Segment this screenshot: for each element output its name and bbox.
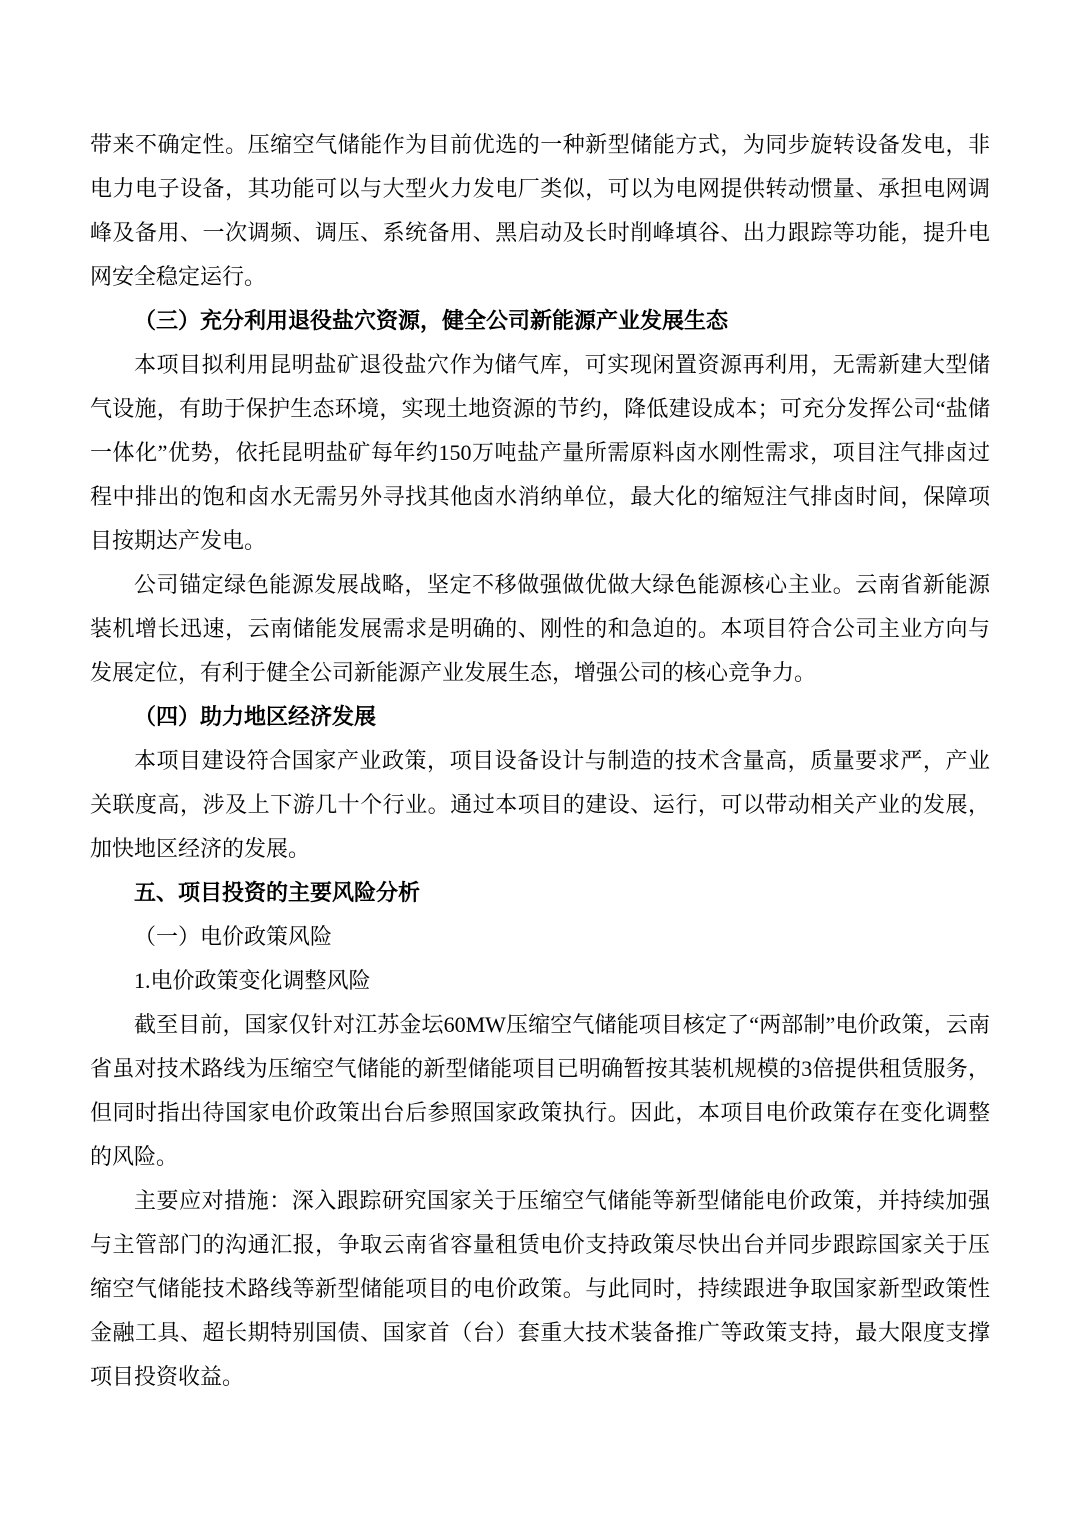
heading-regional-economy: （四）助力地区经济发展 <box>90 695 990 739</box>
paragraph-price-policy-status: 截至目前，国家仅针对江苏金坛60MW压缩空气储能项目核定了“两部制”电价政策，云… <box>90 1003 990 1179</box>
paragraph-grid-functions-continuation: 带来不确定性。压缩空气储能作为目前优选的一种新型储能方式，为同步旋转设备发电，非… <box>90 123 990 299</box>
document-page: 带来不确定性。压缩空气储能作为目前优选的一种新型储能方式，为同步旋转设备发电，非… <box>0 0 1080 1528</box>
subheading-electricity-price-policy-risk: （一）电价政策风险 <box>90 915 990 959</box>
heading-salt-cavern-resources: （三）充分利用退役盐穴资源，健全公司新能源产业发展生态 <box>90 299 990 343</box>
paragraph-countermeasures: 主要应对措施：深入跟踪研究国家关于压缩空气储能等新型储能电价政策，并持续加强与主… <box>90 1179 990 1399</box>
heading-investment-risk-analysis: 五、项目投资的主要风险分析 <box>90 871 990 915</box>
paragraph-green-energy-strategy: 公司锚定绿色能源发展战略，坚定不移做强做优做大绿色能源核心主业。云南省新能源装机… <box>90 563 990 695</box>
paragraph-salt-cavern-reuse: 本项目拟利用昆明盐矿退役盐穴作为储气库，可实现闲置资源再利用，无需新建大型储气设… <box>90 343 990 563</box>
item-price-policy-change-risk: 1.电价政策变化调整风险 <box>90 959 990 1003</box>
paragraph-regional-economy: 本项目建设符合国家产业政策，项目设备设计与制造的技术含量高，质量要求严，产业关联… <box>90 739 990 871</box>
